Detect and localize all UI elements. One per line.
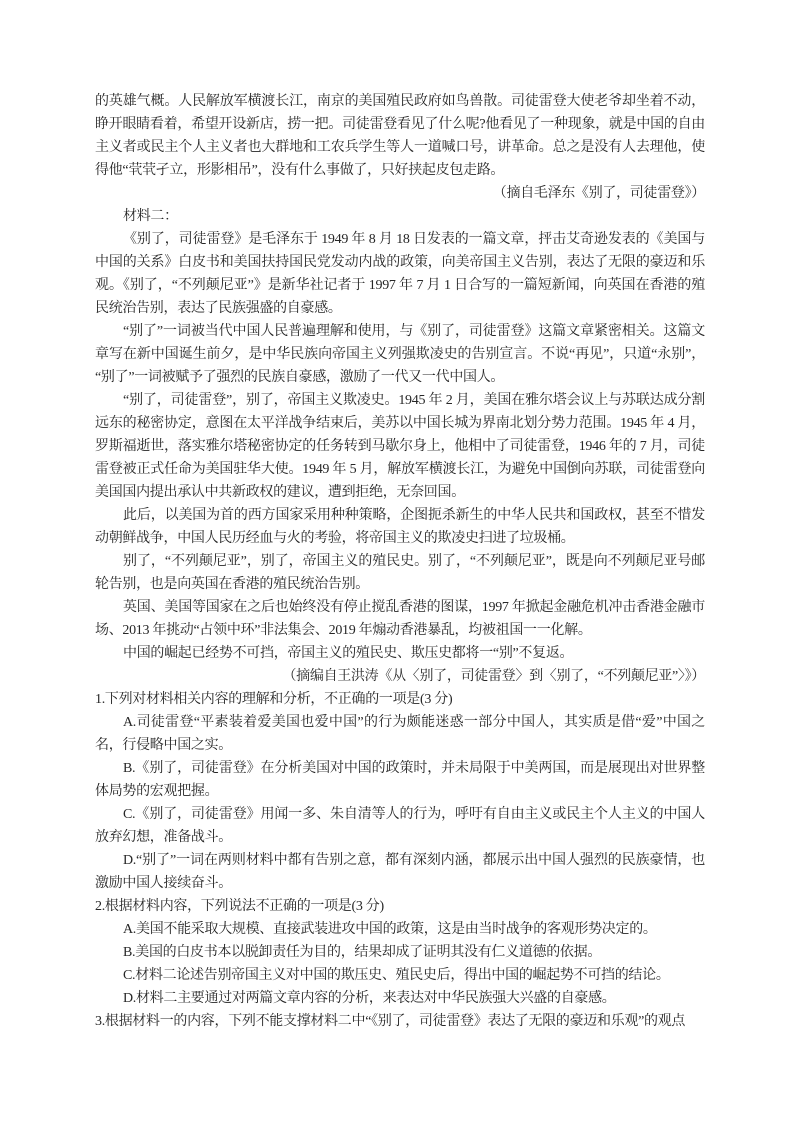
passage-paragraph: 材料二： <box>95 205 705 228</box>
passage-paragraph: 英国、美国等国家在之后也始终没有停止搅乱香港的图谋，1997 年掀起金融危机冲击… <box>95 596 705 642</box>
question-stem: 3.根据材料一的内容，下列不能支撑材料二中“《别了，司徒雷登》表达了无限的豪迈和… <box>95 1010 705 1033</box>
question-stem: 1.下列对材料相关内容的理解和分析，不正确的一项是(3 分) <box>95 688 705 711</box>
answer-option: C.材料二论述告别帝国主义对中国的欺压史、殖民史后，得出中国的崛起势不可挡的结论… <box>95 964 705 987</box>
passage-paragraph: 中国的崛起已经势不可挡，帝国主义的殖民史、欺压史都将一“别”不复返。 <box>95 642 705 665</box>
question-stem: 2.根据材料内容，下列说法不正确的一项是(3 分) <box>95 895 705 918</box>
passage-paragraph: “别了”一词被当代中国人民普遍理解和使用，与《别了，司徒雷登》这篇文章紧密相关。… <box>95 320 705 389</box>
citation-line: （摘自毛泽东《别了，司徒雷登》） <box>95 182 705 205</box>
text-block: 的英雄气概。人民解放军横渡长江，南京的美国殖民政府如鸟兽散。司徒雷登大使老爷却坐… <box>95 90 705 1033</box>
answer-option: A.司徒雷登“平素装着爱美国也爱中国”的行为颇能迷惑一部分中国人，其实质是借“爱… <box>95 711 705 757</box>
passage-paragraph: 《别了，司徒雷登》是毛泽东于 1949 年 8 月 18 日发表的一篇文章，抨击… <box>95 228 705 320</box>
citation-line: （摘编自王洪涛《从〈别了，司徒雷登〉到〈别了，“不列颠尼亚”〉》） <box>95 665 705 688</box>
document-page: 的英雄气概。人民解放军横渡长江，南京的美国殖民政府如鸟兽散。司徒雷登大使老爷却坐… <box>0 0 794 1122</box>
answer-option: B.美国的白皮书本以脱卸责任为目的，结果却成了证明其没有仁义道德的依据。 <box>95 941 705 964</box>
passage-paragraph: 此后，以美国为首的西方国家采用种种策略，企图扼杀新生的中华人民共和国政权，甚至不… <box>95 504 705 550</box>
answer-option: D.“别了”一词在两则材料中都有告别之意，都有深刻内涵，都展示出中国人强烈的民族… <box>95 849 705 895</box>
answer-option: A.美国不能采取大规模、直接武装进攻中国的政策，这是由当时战争的客观形势决定的。 <box>95 918 705 941</box>
passage-paragraph: 的英雄气概。人民解放军横渡长江，南京的美国殖民政府如鸟兽散。司徒雷登大使老爷却坐… <box>95 90 705 182</box>
answer-option: B.《别了，司徒雷登》在分析美国对中国的政策时，并未局限于中美两国，而是展现出对… <box>95 757 705 803</box>
passage-paragraph: 别了，“不列颠尼亚”，别了，帝国主义的殖民史。别了，“不列颠尼亚”，既是向不列颠… <box>95 550 705 596</box>
passage-paragraph: “别了，司徒雷登”，别了，帝国主义欺凌史。1945 年 2 月，美国在雅尔塔会议… <box>95 389 705 504</box>
answer-option: C.《别了，司徒雷登》用闻一多、朱自清等人的行为，呼吁有自由主义或民主个人主义的… <box>95 803 705 849</box>
answer-option: D.材料二主要通过对两篇文章内容的分析，来表达对中华民族强大兴盛的自豪感。 <box>95 987 705 1010</box>
